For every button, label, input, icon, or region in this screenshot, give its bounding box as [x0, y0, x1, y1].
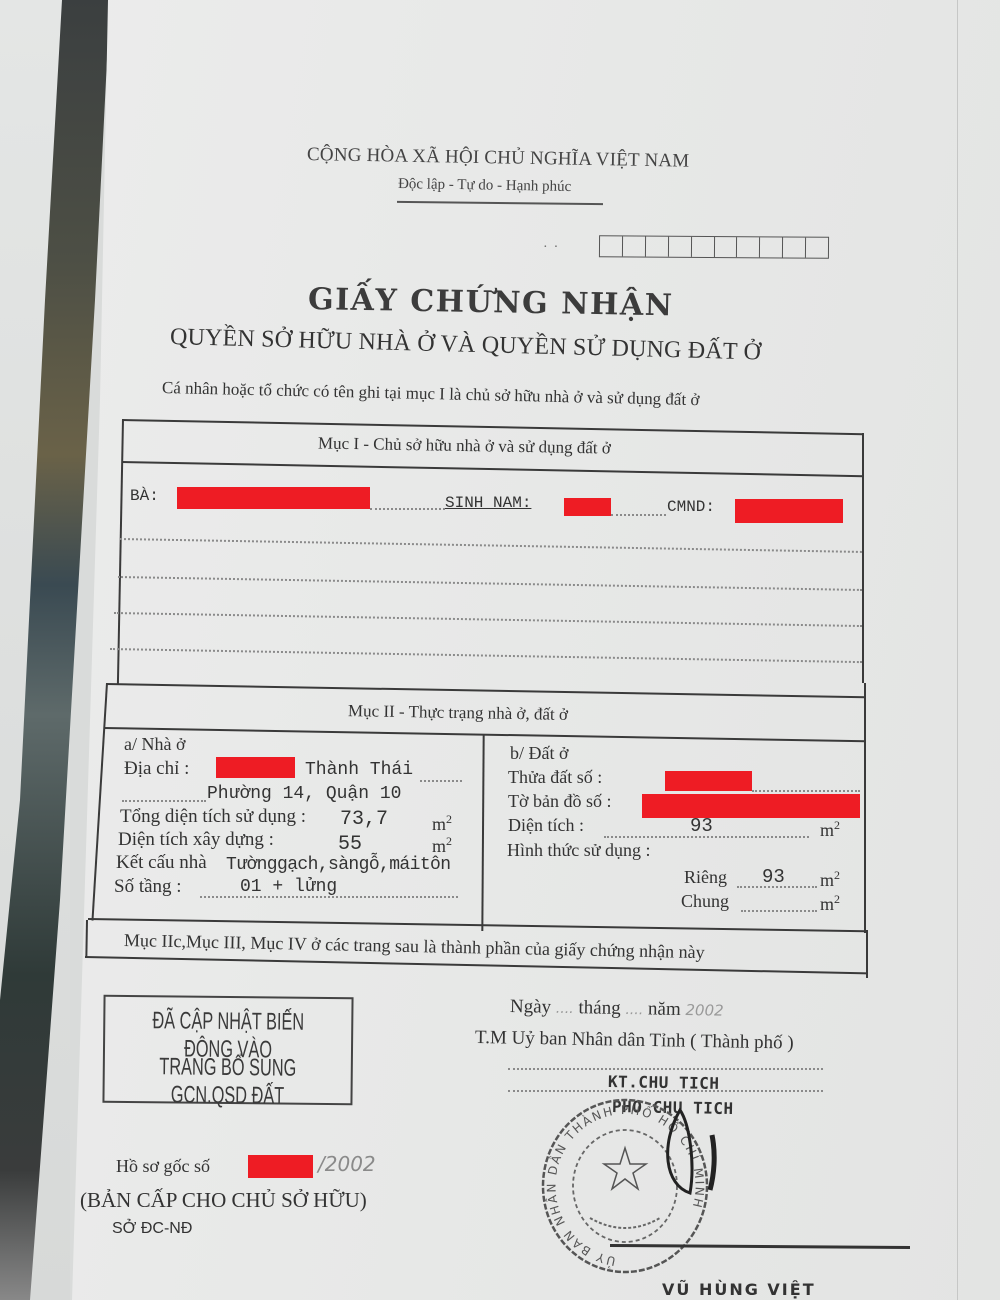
- serial-digit-box: [623, 236, 646, 256]
- private-label: Riêng: [684, 867, 727, 888]
- serial-digit-box: [806, 238, 828, 258]
- issue-date: Ngày .... tháng .... năm 2002: [510, 996, 724, 1022]
- unit-superscript: 2: [834, 868, 840, 882]
- unit: m: [820, 820, 834, 840]
- date-day: ..: [560, 1001, 569, 1017]
- section2-title: Mục II - Thực trạng nhà ở, đất ở: [348, 701, 568, 725]
- plot-number-redacted: [665, 771, 752, 791]
- serial-number-boxes: [599, 235, 829, 259]
- build-area-label: Diện tích xây dựng :: [118, 829, 274, 851]
- dotted-leader: [200, 896, 458, 898]
- address-ward-district: Phường 14, Quận 10: [207, 784, 401, 804]
- signature-stroke-icon: [650, 1105, 740, 1205]
- dotted-leader: [420, 780, 462, 782]
- dotted-leader: [370, 508, 445, 510]
- floors-label: Số tầng :: [114, 876, 182, 898]
- serial-digit-box: [692, 237, 715, 257]
- build-area-value: 55: [338, 833, 362, 856]
- unit-superscript: 2: [834, 818, 840, 832]
- usage-form-label: Hình thức sử dụng :: [507, 840, 651, 861]
- birth-year-label: SINH NAM:: [445, 494, 531, 512]
- address-street: Thành Thái: [305, 760, 413, 780]
- serial-digit-box: [600, 236, 623, 256]
- date-year-label: năm: [648, 998, 681, 1020]
- serial-digit-box: [760, 237, 783, 257]
- serial-digit-box: [714, 237, 737, 257]
- unit-superscript: 2: [446, 834, 452, 848]
- land-area-value: 93: [690, 815, 713, 837]
- dotted-leader: [611, 514, 666, 516]
- date-day-label: Ngày: [510, 996, 552, 1018]
- serial-digit-box: [646, 237, 669, 257]
- update-stamp-line2: TRANG BỔ SUNG GCN.QSD ĐẤT: [144, 1053, 312, 1111]
- map-sheet-redacted: [642, 794, 860, 818]
- shared-label: Chung: [681, 891, 729, 912]
- total-area-value: 73,7: [340, 808, 388, 831]
- total-area-unit: m2: [432, 812, 452, 835]
- unit-superscript: 2: [834, 892, 840, 906]
- private-area-unit: m2: [820, 868, 840, 891]
- update-stamp: ĐÃ CẬP NHẬT BIẾN ĐỘNG VÀO TRANG BỔ SUNG …: [102, 995, 353, 1106]
- table-right-border-2: [864, 683, 866, 933]
- total-area-label: Tổng diện tích sử dụng :: [120, 806, 306, 828]
- owner-label: BÀ:: [130, 487, 159, 505]
- record-label: Hồ sơ gốc số: [116, 1156, 210, 1177]
- plot-label: Thửa đất số :: [508, 767, 602, 788]
- address-label: Địa chỉ :: [124, 758, 189, 780]
- house-heading: a/ Nhà ở: [124, 734, 186, 755]
- structure-label: Kết cấu nhà: [116, 852, 207, 874]
- land-area-label: Diện tích :: [508, 815, 584, 836]
- serial-digit-box: [783, 237, 806, 257]
- map-sheet-label: Tờ bản đồ số :: [508, 791, 612, 812]
- dotted-leader: [741, 910, 817, 912]
- house-number-redacted: [216, 757, 295, 778]
- dotted-leader: [122, 800, 206, 802]
- land-heading: b/ Đất ở: [510, 743, 569, 764]
- dotted-leader: [752, 790, 860, 792]
- table-right-border-1: [862, 433, 864, 683]
- document-title: GIẤY CHỨNG NHẬN: [308, 282, 674, 323]
- id-card-redacted: [735, 499, 843, 523]
- serial-digit-box: [737, 237, 760, 257]
- fold-line: [957, 0, 958, 1300]
- id-card-label: CMND:: [667, 498, 715, 516]
- record-handwritten-suffix: /2002: [318, 1152, 376, 1176]
- birth-year-redacted: [564, 498, 611, 516]
- private-area-value: 93: [762, 866, 785, 888]
- copy-note: (BẢN CẤP CHO CHỦ SỞ HỮU): [80, 1188, 367, 1213]
- structure-value: Tườnggạch,sàngỗ,máitôn: [226, 855, 450, 875]
- unit: m: [820, 870, 834, 890]
- floors-value: 01 + lửng: [240, 877, 337, 897]
- dotted-leader: [508, 1068, 823, 1070]
- motto: Độc lập - Tự do - Hạnh phúc: [398, 176, 572, 196]
- serial-dots: ··: [543, 240, 564, 256]
- owner-name-redacted: [177, 487, 370, 509]
- issuing-office: SỞ ĐC-NĐ: [112, 1220, 192, 1238]
- unit: m: [820, 894, 834, 914]
- shared-area-unit: m2: [820, 892, 840, 915]
- build-area-unit: m2: [432, 834, 452, 857]
- date-year: 2002: [685, 1001, 723, 1020]
- unit-superscript: 2: [446, 812, 452, 826]
- role-deputy-for-chairman: KT.CHU TICH: [608, 1072, 720, 1093]
- date-month-label: tháng: [578, 997, 621, 1019]
- serial-digit-box: [669, 237, 692, 257]
- unit: m: [432, 836, 446, 856]
- date-month: ..: [630, 1002, 639, 1018]
- signer-name: VŨ HÙNG VIỆT: [662, 1280, 816, 1299]
- table-right-border-3: [866, 930, 868, 978]
- land-area-unit: m2: [820, 818, 840, 841]
- unit: m: [432, 814, 446, 834]
- record-number-redacted: [248, 1155, 313, 1178]
